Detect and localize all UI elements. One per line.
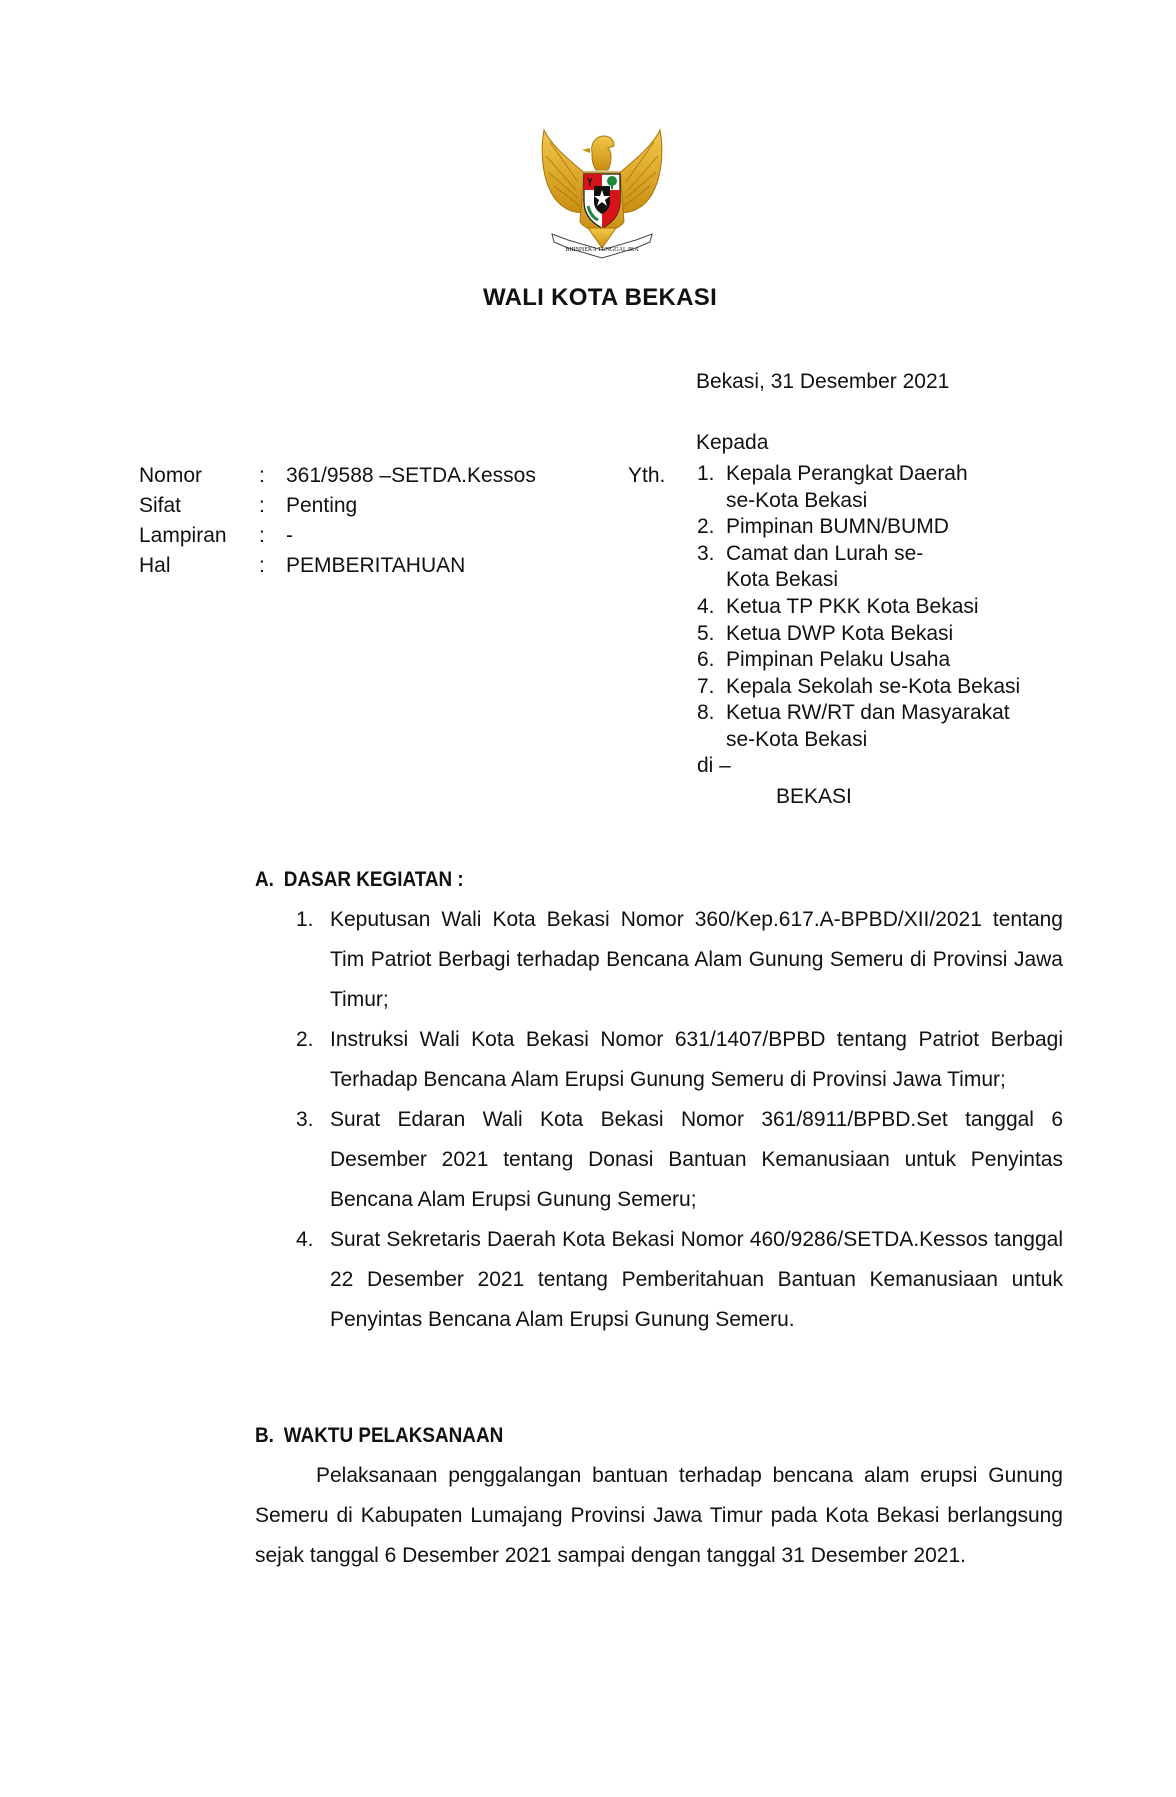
recipient-item: 3. Camat dan Lurah se-Kota Bekasi: [697, 541, 966, 594]
recipient-number: 2.: [697, 514, 715, 541]
svg-text:BHINNEKA TUNGGAL IKA: BHINNEKA TUNGGAL IKA: [565, 247, 639, 253]
recipient-number: 6.: [697, 647, 715, 674]
item-number: 4.: [296, 1220, 314, 1260]
recipient-number: 1.: [697, 461, 715, 488]
basis-item: 4. Surat Sekretaris Daerah Kota Bekasi N…: [296, 1220, 1063, 1340]
recipient-list: 1. Kepala Perangkat Daerah se-Kota Bekas…: [697, 461, 1077, 754]
recipient-text: Pimpinan BUMN/BUMD: [726, 515, 949, 538]
recipient-number: 8.: [697, 700, 715, 727]
item-number: 2.: [296, 1020, 314, 1060]
recipient-item: 5. Ketua DWP Kota Bekasi: [697, 621, 1077, 648]
item-number: 1.: [296, 900, 314, 940]
section-title: DASAR KEGIATAN :: [284, 868, 464, 891]
item-text: Instruksi Wali Kota Bekasi Nomor 631/140…: [330, 1028, 1063, 1091]
recipient-text: Kepala Sekolah se-Kota Bekasi: [726, 675, 1020, 698]
meta-value: -: [286, 521, 293, 551]
basis-item: 1. Keputusan Wali Kota Bekasi Nomor 360/…: [296, 900, 1063, 1020]
kepada-label: Kepada: [696, 429, 768, 456]
section-title: WAKTU PELAKSANAAN: [284, 1424, 503, 1447]
item-text: Keputusan Wali Kota Bekasi Nomor 360/Kep…: [330, 908, 1063, 1011]
section-letter: A.: [255, 866, 284, 893]
letterhead-title: WALI KOTA BEKASI: [0, 284, 1176, 312]
section-b-heading: B.WAKTU PELAKSANAAN: [255, 1422, 503, 1449]
meta-colon: :: [259, 521, 265, 551]
item-number: 3.: [296, 1100, 314, 1140]
meta-value: 361/9588 –SETDA.Kessos: [286, 461, 536, 491]
meta-colon: :: [259, 461, 265, 491]
recipient-item: 1. Kepala Perangkat Daerah se-Kota Bekas…: [697, 461, 976, 514]
meta-label: Hal: [139, 551, 171, 581]
item-text: Surat Edaran Wali Kota Bekasi Nomor 361/…: [330, 1108, 1063, 1211]
di-label: di –: [697, 752, 731, 779]
garuda-emblem-icon: BHINNEKA TUNGGAL IKA: [532, 122, 672, 264]
section-a-heading: A.DASAR KEGIATAN :: [255, 866, 464, 893]
recipient-item: 6. Pimpinan Pelaku Usaha: [697, 647, 1077, 674]
recipient-item: 7. Kepala Sekolah se-Kota Bekasi: [697, 674, 1077, 701]
place-date: Bekasi, 31 Desember 2021: [696, 368, 949, 395]
section-a-list: 1. Keputusan Wali Kota Bekasi Nomor 360/…: [296, 900, 1063, 1340]
recipient-number: 7.: [697, 674, 715, 701]
recipient-item: 4. Ketua TP PKK Kota Bekasi: [697, 594, 1077, 621]
basis-item: 2. Instruksi Wali Kota Bekasi Nomor 631/…: [296, 1020, 1063, 1100]
recipient-text: Pimpinan Pelaku Usaha: [726, 648, 950, 671]
recipient-text: Ketua DWP Kota Bekasi: [726, 622, 953, 645]
recipient-number: 4.: [697, 594, 715, 621]
yth-label: Yth.: [628, 461, 665, 491]
recipient-text: Ketua TP PKK Kota Bekasi: [726, 595, 979, 618]
meta-label: Sifat: [139, 491, 181, 521]
meta-label: Nomor: [139, 461, 202, 491]
item-text: Surat Sekretaris Daerah Kota Bekasi Nomo…: [330, 1228, 1063, 1331]
meta-label: Lampiran: [139, 521, 227, 551]
basis-item: 3. Surat Edaran Wali Kota Bekasi Nomor 3…: [296, 1100, 1063, 1220]
recipient-number: 3.: [697, 541, 715, 568]
recipient-text: Ketua RW/RT dan Masyarakat se-Kota Bekas…: [726, 701, 1010, 751]
section-letter: B.: [255, 1422, 284, 1449]
destination-city: BEKASI: [776, 783, 852, 810]
section-b-paragraph: Pelaksanaan penggalangan bantuan terhada…: [255, 1456, 1063, 1576]
recipient-text: Camat dan Lurah se-Kota Bekasi: [726, 542, 923, 592]
meta-value: PEMBERITAHUAN: [286, 551, 465, 581]
recipient-number: 5.: [697, 621, 715, 648]
meta-value: Penting: [286, 491, 357, 521]
meta-colon: :: [259, 491, 265, 521]
recipient-item: 2. Pimpinan BUMN/BUMD: [697, 514, 1077, 541]
recipient-item: 8. Ketua RW/RT dan Masyarakat se-Kota Be…: [697, 700, 1016, 753]
recipient-text: Kepala Perangkat Daerah se-Kota Bekasi: [726, 462, 968, 512]
meta-colon: :: [259, 551, 265, 581]
